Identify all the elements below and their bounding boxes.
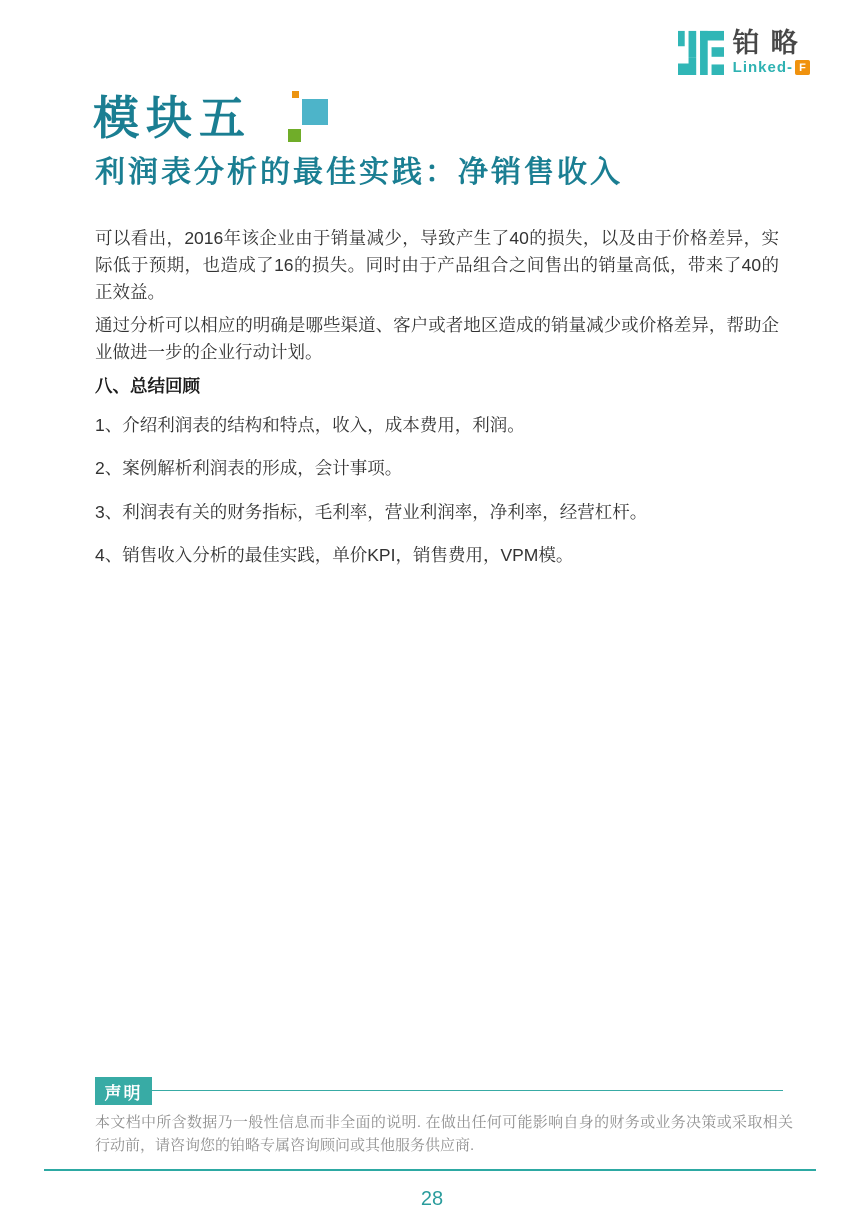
page-number: 28 (0, 1188, 850, 1211)
statement-rule-line (152, 1090, 783, 1091)
body-paragraph: 可以看出，2016年该企业由于销量减少，导致产生了40的损失，以及由于价格差异，… (95, 225, 779, 306)
decor-square-teal (302, 99, 328, 125)
decor-square-orange (292, 91, 299, 98)
brand-logo: 铂略 Linked- F (678, 28, 810, 76)
brand-f-badge: F (795, 60, 810, 75)
document-page: 铂略 Linked- F 模块五 利润表分析的最佳实践：净销售收入 可以看出，2… (0, 0, 850, 1228)
summary-list-item: 3、利润表有关的财务指标，毛利率，营业利润率，净利率，经营杠杆。 (95, 499, 779, 525)
body-paragraph: 通过分析可以相应的明确是哪些渠道、客户或者地区造成的销量减少或价格差异，帮助企业… (95, 312, 779, 366)
footer-rule-line (44, 1169, 816, 1171)
brand-name-en-text: Linked- (733, 59, 793, 76)
brand-name-en: Linked- F (733, 59, 810, 76)
brand-text: 铂略 Linked- F (733, 28, 810, 76)
linked-f-logo-icon (678, 28, 724, 76)
statement-badge: 声明 (95, 1077, 152, 1105)
decor-square-green (288, 129, 301, 142)
section-heading: 八、总结回顾 (95, 373, 200, 398)
page-subtitle: 利润表分析的最佳实践：净销售收入 (95, 155, 623, 191)
summary-list-item: 1、介绍利润表的结构和特点，收入，成本费用，利润。 (95, 412, 779, 438)
brand-name-cn: 铂略 (733, 28, 809, 58)
disclaimer-text: 本文档中所含数据乃一般性信息而非全面的说明. 在做出任何可能影响自身的财务或业务… (95, 1111, 793, 1157)
module-title: 模块五 (93, 92, 252, 144)
summary-list-item: 4、销售收入分析的最佳实践，单价KPI，销售费用，VPM模。 (95, 542, 779, 568)
summary-list-item: 2、案例解析利润表的形成，会计事项。 (95, 455, 779, 481)
